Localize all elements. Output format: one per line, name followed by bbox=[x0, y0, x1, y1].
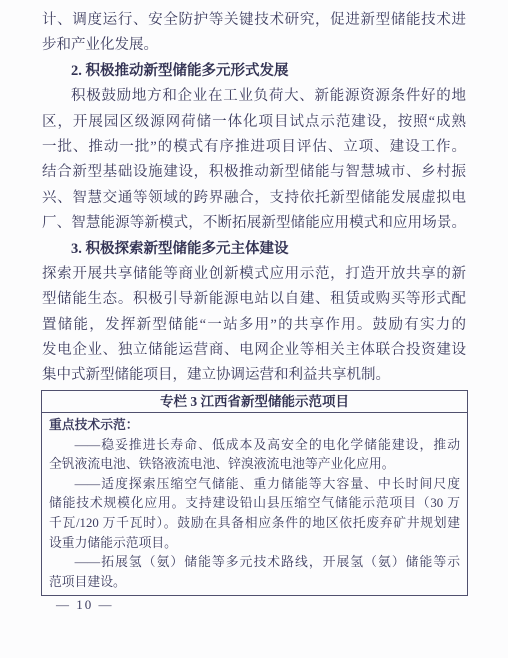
body-line: 结合新型基础设施建设，积极推动新型储能与智慧城市、乡村振 bbox=[42, 160, 466, 185]
body-line: 发电企业、独立储能运营商、电网企业等相关主体联合投资建设 bbox=[42, 338, 466, 363]
column-3-box-title: 专栏 3 江西省新型储能示范项目 bbox=[42, 391, 467, 413]
body-line: 型储能生态。积极引导新能源电站以自建、租赁或购买等形式配 bbox=[42, 287, 466, 312]
body-line: 置储能，发挥新型储能“一站多用”的共享作用。鼓励有实力的 bbox=[42, 313, 466, 338]
body-line: 区，开展园区级源网荷储一体化项目试点示范建设，按照“成熟 bbox=[42, 110, 466, 135]
column-3-box: 专栏 3 江西省新型储能示范项目 重点技术示范： ——稳妥推进长寿命、低成本及高… bbox=[41, 390, 468, 596]
box-line: 范项目建设。 bbox=[49, 573, 460, 593]
box-line: 全钒液流电池、铁铬液流电池、锌溴液流电池等产业化应用。 bbox=[49, 455, 460, 475]
body-line: 厂、智慧能源等新模式，不断拓展新型储能应用模式和应用场景。 bbox=[42, 211, 466, 236]
body-line: 积极鼓励地方和企业在工业负荷大、新能源资源条件好的地 bbox=[42, 84, 466, 109]
box-line: ——拓展氢（氨）储能等多元技术路线，开展氢（氨）储能等示 bbox=[49, 553, 460, 573]
box-line: ——稳妥推进长寿命、低成本及高安全的电化学储能建设，推动 bbox=[49, 436, 460, 456]
box-line: 设重力储能示范项目。 bbox=[49, 534, 460, 554]
body-line: 兴、智慧交通等领域的跨界融合，支持依托新型储能发展虚拟电 bbox=[42, 186, 466, 211]
body-line: 步和产业化发展。 bbox=[42, 33, 466, 58]
box-line: 千瓦/120 万千瓦时）。鼓励在具备相应条件的地区依托废弃矿井规划建 bbox=[49, 514, 460, 534]
section-heading-2: 2. 积极推动新型储能多元形式发展 bbox=[42, 59, 466, 84]
box-line: ——适度探索压缩空气储能、重力储能等大容量、中长时间尺度 bbox=[49, 475, 460, 495]
section-heading-3: 3. 积极探索新型储能多元主体建设 bbox=[42, 237, 466, 262]
box-line: 重点技术示范： bbox=[49, 416, 460, 436]
page-number: — 10 — bbox=[56, 597, 114, 613]
body-line: 探索开展共享储能等商业创新模式应用示范，打造开放共享的新 bbox=[42, 262, 466, 287]
column-3-box-body: 重点技术示范： ——稳妥推进长寿命、低成本及高安全的电化学储能建设，推动 全钒液… bbox=[42, 413, 467, 595]
box-line: 储能技术规模化应用。支持建设铅山县压缩空气储能示范项目（30 万 bbox=[49, 494, 460, 514]
document-page: 计、调度运行、安全防护等关键技术研究，促进新型储能技术进 步和产业化发展。 2.… bbox=[0, 0, 508, 658]
body-text: 计、调度运行、安全防护等关键技术研究，促进新型储能技术进 步和产业化发展。 2.… bbox=[42, 8, 466, 389]
body-line: 一批、推动一批”的模式有序推进项目评估、立项、建设工作。 bbox=[42, 135, 466, 160]
body-line: 集中式新型储能项目，建立协调运营和利益共享机制。 bbox=[42, 363, 466, 388]
body-line: 计、调度运行、安全防护等关键技术研究，促进新型储能技术进 bbox=[42, 8, 466, 33]
